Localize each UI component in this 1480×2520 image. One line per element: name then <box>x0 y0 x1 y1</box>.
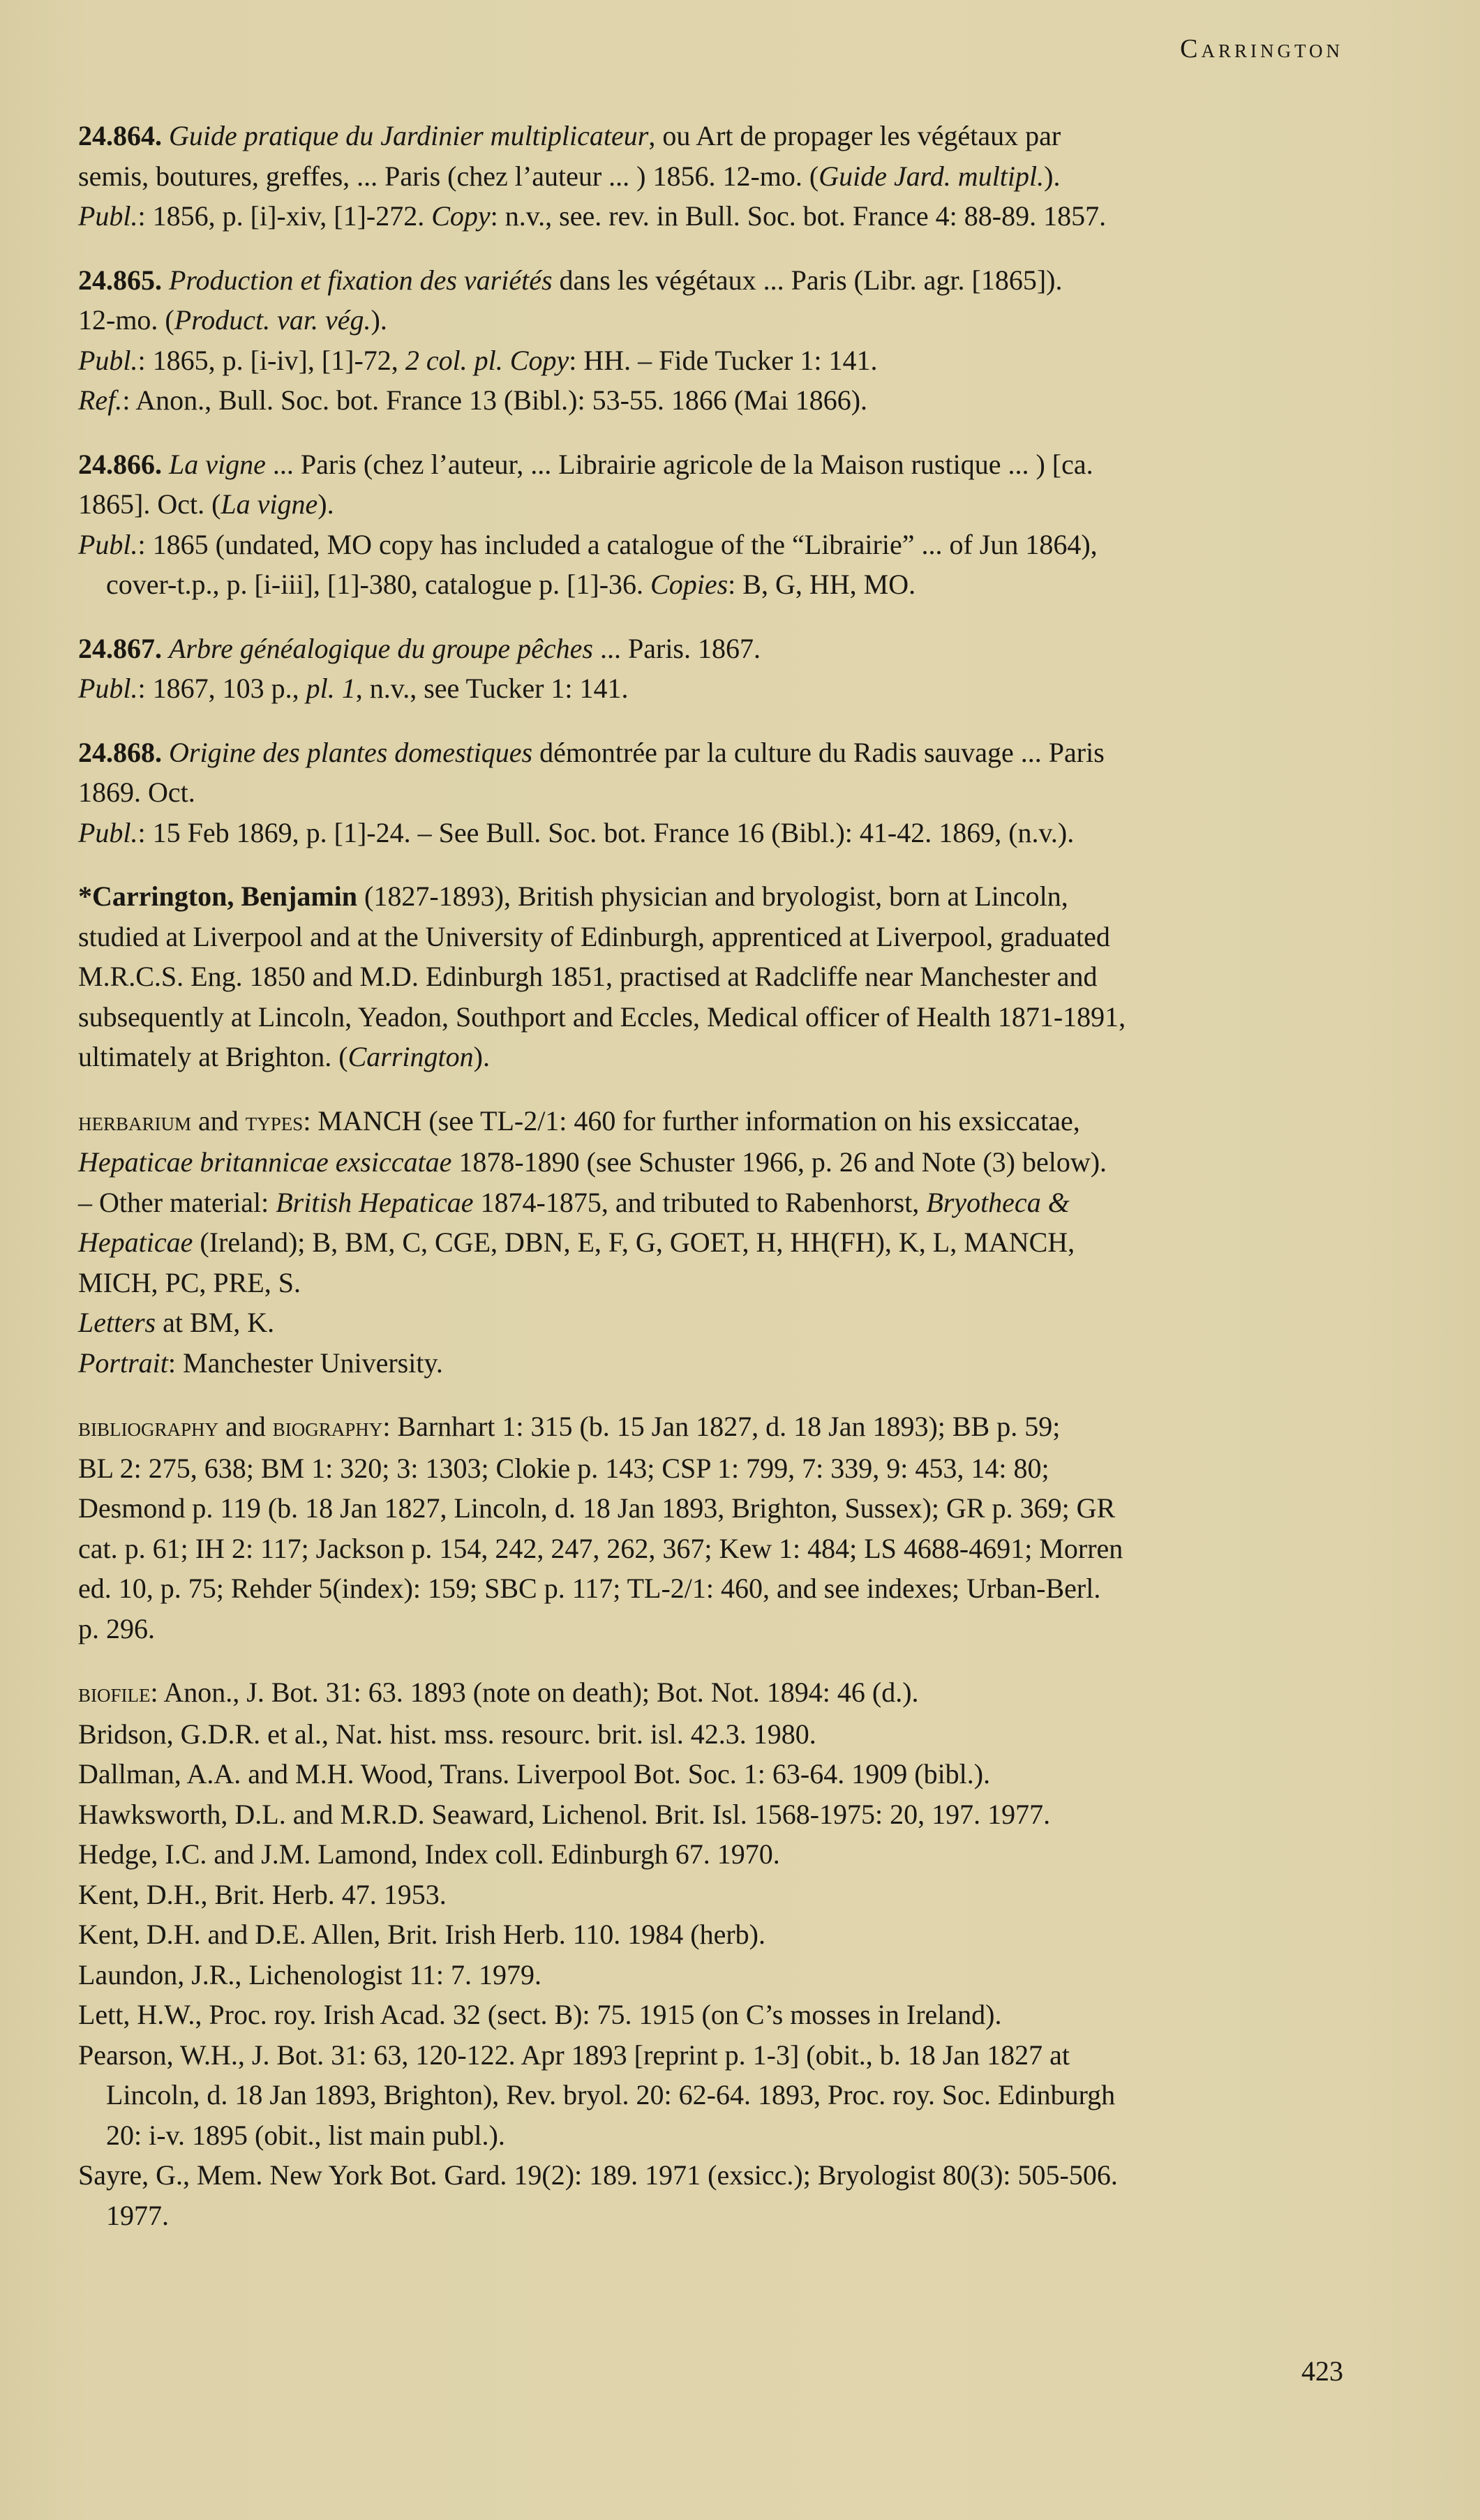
entry-number: 24.865. <box>78 264 162 296</box>
section-label-and: and <box>191 1105 246 1137</box>
biofile-item: Dallman, A.A. and M.H. Wood, Trans. Live… <box>78 1754 1345 1794</box>
running-head: Carrington <box>1180 33 1343 64</box>
entry-text: ). <box>317 488 334 520</box>
biofile-item: Kent, D.H. and D.E. Allen, Brit. Irish H… <box>78 1914 1345 1955</box>
biofile-item: Hedge, I.C. and J.M. Lamond, Index coll.… <box>78 1834 1345 1875</box>
publ-text: : 1865 (undated, MO copy has included a … <box>138 529 1098 560</box>
entry-text: 1865]. Oct. ( <box>78 488 220 520</box>
publ-text: : 1867, 103 p., <box>138 673 306 704</box>
publ-text: : 1865, p. [i-iv], [1]-72, <box>138 345 405 376</box>
entry-text: dans les végétaux ... Paris (Libr. agr. … <box>553 264 1063 296</box>
section-label-biofile: biofile <box>78 1679 151 1708</box>
herbarium-text: (Ireland); B, BM, C, CGE, DBN, E, F, G, … <box>193 1227 1075 1258</box>
entry-24864: 24.864. Guide pratique du Jardinier mult… <box>78 116 1345 237</box>
publ-italic: pl. 1 <box>306 673 356 704</box>
publ-label: Publ. <box>78 529 138 560</box>
publ-label: Publ. <box>78 673 138 704</box>
entry-24868: 24.868. Origine des plantes domestiques … <box>78 733 1345 853</box>
entry-24867: 24.867. Arbre généalogique du groupe pêc… <box>78 629 1345 709</box>
entry-title: Production et fixation des variétés <box>169 264 553 296</box>
biofile-item: Hawksworth, D.L. and M.R.D. Seaward, Lic… <box>78 1794 1345 1835</box>
entry-text: semis, boutures, greffes, ... Paris (che… <box>78 160 819 192</box>
bio-text: ). <box>474 1041 490 1072</box>
section-label-biography: biography <box>273 1413 383 1442</box>
bibliography-text: cat. p. 61; IH 2: 117; Jackson p. 154, 2… <box>78 1529 1345 1569</box>
entry-text: 12-mo. ( <box>78 304 174 336</box>
herbarium-text: – Other material: <box>78 1187 276 1218</box>
entry-abbrev: Product. var. vég. <box>174 304 371 336</box>
bio-text: studied at Liverpool and at the Universi… <box>78 917 1345 957</box>
publ-label: Publ. <box>78 200 138 232</box>
author-abbrev: Carrington <box>348 1041 474 1072</box>
bibliography-text: BL 2: 275, 638; BM 1: 320; 3: 1303; Clok… <box>78 1448 1345 1489</box>
copy-label: Copy <box>431 200 490 232</box>
entry-text: , ou Art de propager les végétaux par <box>648 120 1061 151</box>
entry-abbrev: Guide Jard. multipl. <box>819 160 1044 192</box>
entry-text: démontrée par la culture du Radis sauvag… <box>532 737 1105 768</box>
biofile-item: Bridson, G.D.R. et al., Nat. hist. mss. … <box>78 1714 1345 1755</box>
publ-text: , n.v., see Tucker 1: 141. <box>356 673 629 704</box>
biofile-section: biofile: Anon., J. Bot. 31: 63. 1893 (no… <box>78 1672 1345 2235</box>
biofile-item: Lincoln, d. 18 Jan 1893, Brighton), Rev.… <box>78 2075 1345 2115</box>
herbarium-text: 1874-1875, and tributed to Rabenhorst, <box>474 1187 927 1218</box>
biofile-item: Pearson, W.H., J. Bot. 31: 63, 120-122. … <box>78 2035 1345 2076</box>
entry-number: 24.864. <box>78 120 162 151</box>
biofile-item: Lett, H.W., Proc. roy. Irish Acad. 32 (s… <box>78 1995 1345 2035</box>
entry-24865: 24.865. Production et fixation des varié… <box>78 260 1345 421</box>
bio-text: ultimately at Brighton. ( <box>78 1041 348 1072</box>
copies-label: Copies <box>650 569 728 600</box>
publ-italic: 2 col. pl. Copy <box>405 345 569 376</box>
bio-text: (1827-1893), British physician and bryol… <box>357 880 1068 912</box>
herbarium-text: 1878-1890 (see Schuster 1966, p. 26 and … <box>451 1146 1107 1178</box>
herbarium-text: : MANCH (see TL-2/1: 460 for further inf… <box>303 1105 1079 1137</box>
entry-number: 24.867. <box>78 633 162 664</box>
biofile-item: Laundon, J.R., Lichenologist 11: 7. 1979… <box>78 1955 1345 1995</box>
biofile-item: 20: i-v. 1895 (obit., list main publ.). <box>78 2115 1345 2156</box>
entry-text: ). <box>371 304 387 336</box>
copies-text: : B, G, HH, MO. <box>728 569 915 600</box>
letters-label: Letters <box>78 1307 156 1338</box>
entry-text: ... Paris (chez l’auteur, ... Librairie … <box>266 449 1093 480</box>
bibliography-section: bibliography and biography: Barnhart 1: … <box>78 1407 1345 1649</box>
entry-title: Origine des plantes domestiques <box>169 737 532 768</box>
publ-label: Publ. <box>78 817 138 848</box>
bio-text: subsequently at Lincoln, Yeadon, Southpo… <box>78 997 1345 1037</box>
entry-title: La vigne <box>169 449 266 480</box>
exsiccata-title: Hepaticae britannicae exsiccatae <box>78 1146 451 1178</box>
page-number: 423 <box>1301 2355 1343 2387</box>
ref-label: Ref. <box>78 384 122 416</box>
entry-text: ). <box>1044 160 1060 192</box>
copy-text: : HH. – Fide Tucker 1: 141. <box>569 345 877 376</box>
biofile-item: 1977. <box>78 2196 1345 2236</box>
section-label-herbarium: herbarium <box>78 1107 191 1137</box>
bio-text: M.R.C.S. Eng. 1850 and M.D. Edinburgh 18… <box>78 957 1345 997</box>
biofile-text: : Anon., J. Bot. 31: 63. 1893 (note on d… <box>151 1677 919 1708</box>
author-name: *Carrington, Benjamin <box>78 880 357 912</box>
portrait-label: Portrait <box>78 1347 168 1379</box>
portrait-text: : Manchester University. <box>168 1347 443 1379</box>
book-page: Carrington 24.864. Guide pratique du Jar… <box>0 0 1480 2520</box>
entry-24866: 24.866. La vigne ... Paris (chez l’auteu… <box>78 444 1345 605</box>
bibliography-text: ed. 10, p. 75; Rehder 5(index): 159; SBC… <box>78 1568 1345 1609</box>
exsiccata-title: British Hepaticae <box>276 1187 473 1218</box>
bibliography-text: Desmond p. 119 (b. 18 Jan 1827, Lincoln,… <box>78 1488 1345 1529</box>
biofile-item: Sayre, G., Mem. New York Bot. Gard. 19(2… <box>78 2155 1345 2196</box>
entry-title: Guide pratique du Jardinier multiplicate… <box>169 120 648 151</box>
entry-number: 24.868. <box>78 737 162 768</box>
copy-text: : n.v., see. rev. in Bull. Soc. bot. Fra… <box>491 200 1106 232</box>
text-column: 24.864. Guide pratique du Jardinier mult… <box>78 116 1345 2259</box>
bibliography-text: p. 296. <box>78 1609 1345 1649</box>
publ-text: cover-t.p., p. [i-iii], [1]-380, catalog… <box>106 569 650 600</box>
publ-text: : 1856, p. [i]-xiv, [1]-272. <box>138 200 432 232</box>
entry-text: ... Paris. 1867. <box>593 633 761 664</box>
biofile-item: Kent, D.H., Brit. Herb. 47. 1953. <box>78 1875 1345 1915</box>
herbarium-text: MICH, PC, PRE, S. <box>78 1263 1345 1303</box>
herbarium-section: herbarium and types: MANCH (see TL-2/1: … <box>78 1101 1345 1383</box>
section-label-and: and <box>218 1411 273 1442</box>
ref-text: : Anon., Bull. Soc. bot. France 13 (Bibl… <box>122 384 867 416</box>
section-label-types: types <box>246 1107 304 1137</box>
entry-text: 1869. Oct. <box>78 777 195 808</box>
exsiccata-title: Bryotheca & <box>926 1187 1070 1218</box>
section-label-bibliography: bibliography <box>78 1413 218 1442</box>
letters-text: at BM, K. <box>156 1307 274 1338</box>
bibliography-text: : Barnhart 1: 315 (b. 15 Jan 1827, d. 18… <box>382 1411 1060 1442</box>
entry-title: Arbre généalogique du groupe pêches <box>169 633 593 664</box>
author-biography: *Carrington, Benjamin (1827-1893), Briti… <box>78 876 1345 1077</box>
entry-number: 24.866. <box>78 449 162 480</box>
publ-text: : 15 Feb 1869, p. [1]-24. – See Bull. So… <box>138 817 1075 848</box>
exsiccata-title: Hepaticae <box>78 1227 193 1258</box>
entry-abbrev: La vigne <box>220 488 317 520</box>
publ-label: Publ. <box>78 345 138 376</box>
